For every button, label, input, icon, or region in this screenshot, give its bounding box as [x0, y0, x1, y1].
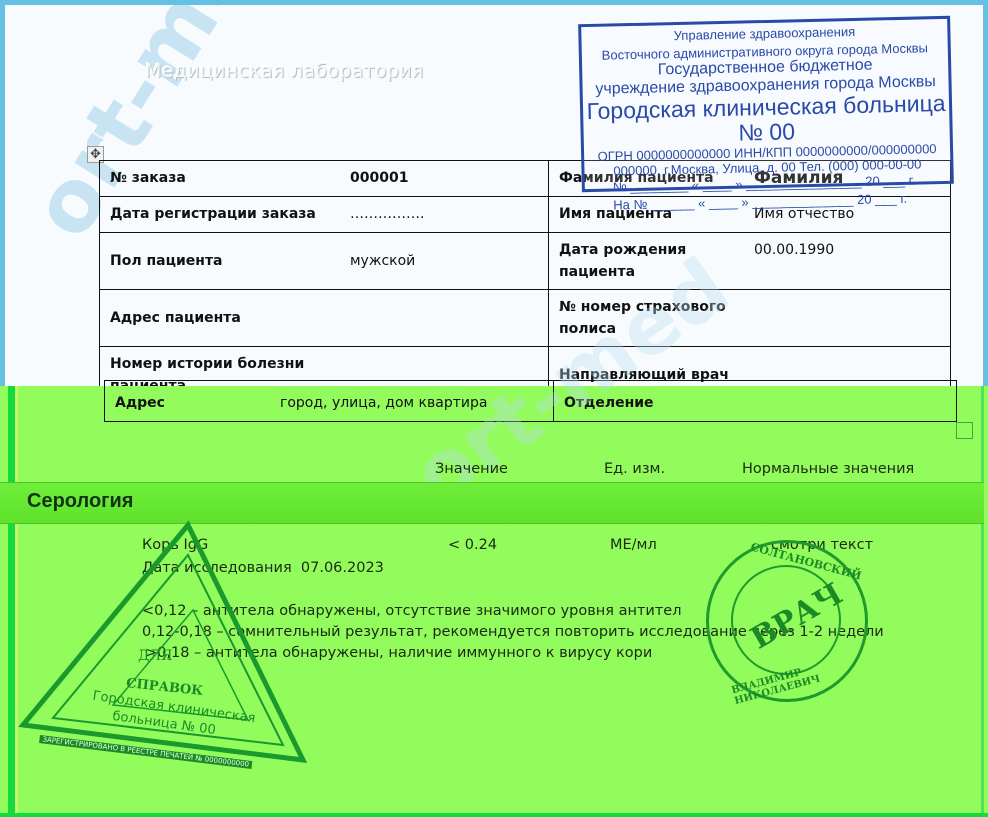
hospital-rect-stamp: Управление здравоохранения Восточного ад…	[578, 16, 954, 192]
section-title: Серология	[27, 490, 133, 513]
test-value: < 0.24	[448, 537, 497, 553]
section-header-bar	[0, 482, 984, 524]
table-resize-handle[interactable]	[956, 422, 973, 439]
lab-title: Медицинская лаборатория	[145, 60, 424, 82]
right-border-stripe	[981, 386, 984, 817]
column-unit: Ед. изм.	[604, 461, 665, 477]
triangle-stamp	[18, 520, 308, 770]
test-unit: МЕ/мл	[610, 537, 657, 553]
stamp-line: Городская клиническая больница № 00	[583, 91, 950, 149]
gender-value[interactable]: мужской	[350, 250, 415, 272]
column-normal: Нормальные значения	[742, 461, 914, 477]
table-row: Адрес пациента № номер страхового полиса	[100, 290, 951, 347]
gender-label: Пол пациента	[110, 250, 350, 272]
triangle-stamp-title1: ДЛЯ	[138, 648, 172, 664]
study-date-value: 07.06.2023	[301, 560, 384, 576]
birth-date-value[interactable]: 00.00.1990	[754, 239, 834, 283]
registration-date-label: Дата регистрации заказа	[110, 203, 350, 225]
order-number-value[interactable]: 000001	[350, 167, 408, 189]
order-number-label: № заказа	[110, 167, 350, 189]
doctor-round-stamp: ВРАЧ СОЛТАНОВСКИЙ ВЛАДИМИР НИКОЛАЕВИЧ	[706, 540, 868, 702]
left-border-stripe	[8, 386, 15, 817]
bottom-border-stripe	[0, 813, 988, 817]
registration-date-value[interactable]: …………….	[350, 203, 424, 225]
address-label: Адрес пациента	[110, 307, 350, 329]
address2-label: Адрес	[115, 395, 165, 411]
table-row: Пол пациентамужской Дата рождения пациен…	[100, 233, 951, 290]
column-value: Значение	[435, 461, 508, 477]
